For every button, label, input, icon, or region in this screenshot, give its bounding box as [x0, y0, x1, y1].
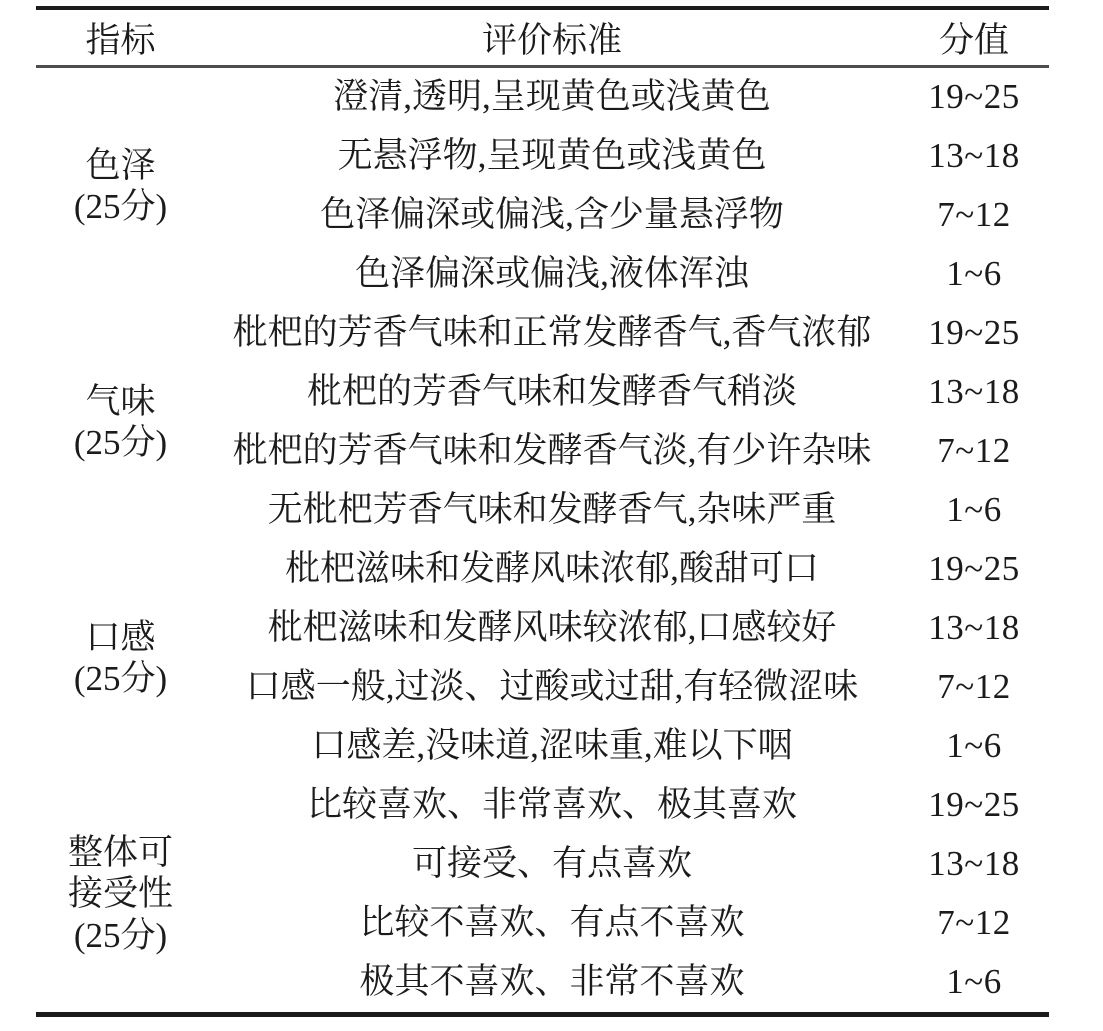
score-cell: 19~25	[899, 776, 1049, 835]
paper-page: 指标 评价标准 分值 色泽 (25分) 澄清,透明,呈现黄色或浅黄色 19~25…	[0, 0, 1103, 1031]
table-row: 口感 (25分) 枇杷滋味和发酵风味浓郁,酸甜可口 19~25	[36, 540, 1049, 599]
criteria-cell: 无枇杷芳香气味和发酵香气,杂味严重	[205, 481, 899, 540]
criteria-cell: 枇杷滋味和发酵风味浓郁,酸甜可口	[205, 540, 899, 599]
col-header-indicator: 指标	[36, 8, 205, 67]
criteria-cell: 极其不喜欢、非常不喜欢	[205, 953, 899, 1015]
criteria-cell: 枇杷的芳香气味和发酵香气稍淡	[205, 363, 899, 422]
criteria-cell: 口感差,没味道,涩味重,难以下咽	[205, 717, 899, 776]
score-cell: 1~6	[899, 717, 1049, 776]
table-row: 整体可 接受性 (25分) 比较喜欢、非常喜欢、极其喜欢 19~25	[36, 776, 1049, 835]
criteria-cell: 色泽偏深或偏浅,液体浑浊	[205, 245, 899, 304]
criteria-cell: 无悬浮物,呈现黄色或浅黄色	[205, 127, 899, 186]
sensory-evaluation-table: 指标 评价标准 分值 色泽 (25分) 澄清,透明,呈现黄色或浅黄色 19~25…	[36, 6, 1049, 1017]
indicator-cell-odor: 气味 (25分)	[36, 304, 205, 540]
indicator-cell-color: 色泽 (25分)	[36, 67, 205, 305]
indicator-cell-taste: 口感 (25分)	[36, 540, 205, 776]
criteria-cell: 口感一般,过淡、过酸或过甜,有轻微涩味	[205, 658, 899, 717]
score-cell: 1~6	[899, 481, 1049, 540]
criteria-cell: 枇杷滋味和发酵风味较浓郁,口感较好	[205, 599, 899, 658]
criteria-cell: 比较不喜欢、有点不喜欢	[205, 894, 899, 953]
indicator-cell-overall-acceptability: 整体可 接受性 (25分)	[36, 776, 205, 1015]
score-cell: 13~18	[899, 599, 1049, 658]
score-cell: 13~18	[899, 363, 1049, 422]
criteria-cell: 澄清,透明,呈现黄色或浅黄色	[205, 67, 899, 128]
score-cell: 13~18	[899, 835, 1049, 894]
score-cell: 7~12	[899, 894, 1049, 953]
score-cell: 7~12	[899, 422, 1049, 481]
col-header-criteria: 评价标准	[205, 8, 899, 67]
criteria-cell: 色泽偏深或偏浅,含少量悬浮物	[205, 186, 899, 245]
col-header-score: 分值	[899, 8, 1049, 67]
score-cell: 13~18	[899, 127, 1049, 186]
score-cell: 19~25	[899, 67, 1049, 128]
criteria-cell: 可接受、有点喜欢	[205, 835, 899, 894]
score-cell: 19~25	[899, 540, 1049, 599]
score-cell: 7~12	[899, 658, 1049, 717]
table-row: 气味 (25分) 枇杷的芳香气味和正常发酵香气,香气浓郁 19~25	[36, 304, 1049, 363]
score-cell: 7~12	[899, 186, 1049, 245]
score-cell: 1~6	[899, 953, 1049, 1015]
score-cell: 1~6	[899, 245, 1049, 304]
criteria-cell: 枇杷的芳香气味和正常发酵香气,香气浓郁	[205, 304, 899, 363]
criteria-cell: 枇杷的芳香气味和发酵香气淡,有少许杂味	[205, 422, 899, 481]
header-row: 指标 评价标准 分值	[36, 8, 1049, 67]
criteria-cell: 比较喜欢、非常喜欢、极其喜欢	[205, 776, 899, 835]
table-row: 色泽 (25分) 澄清,透明,呈现黄色或浅黄色 19~25	[36, 67, 1049, 128]
score-cell: 19~25	[899, 304, 1049, 363]
